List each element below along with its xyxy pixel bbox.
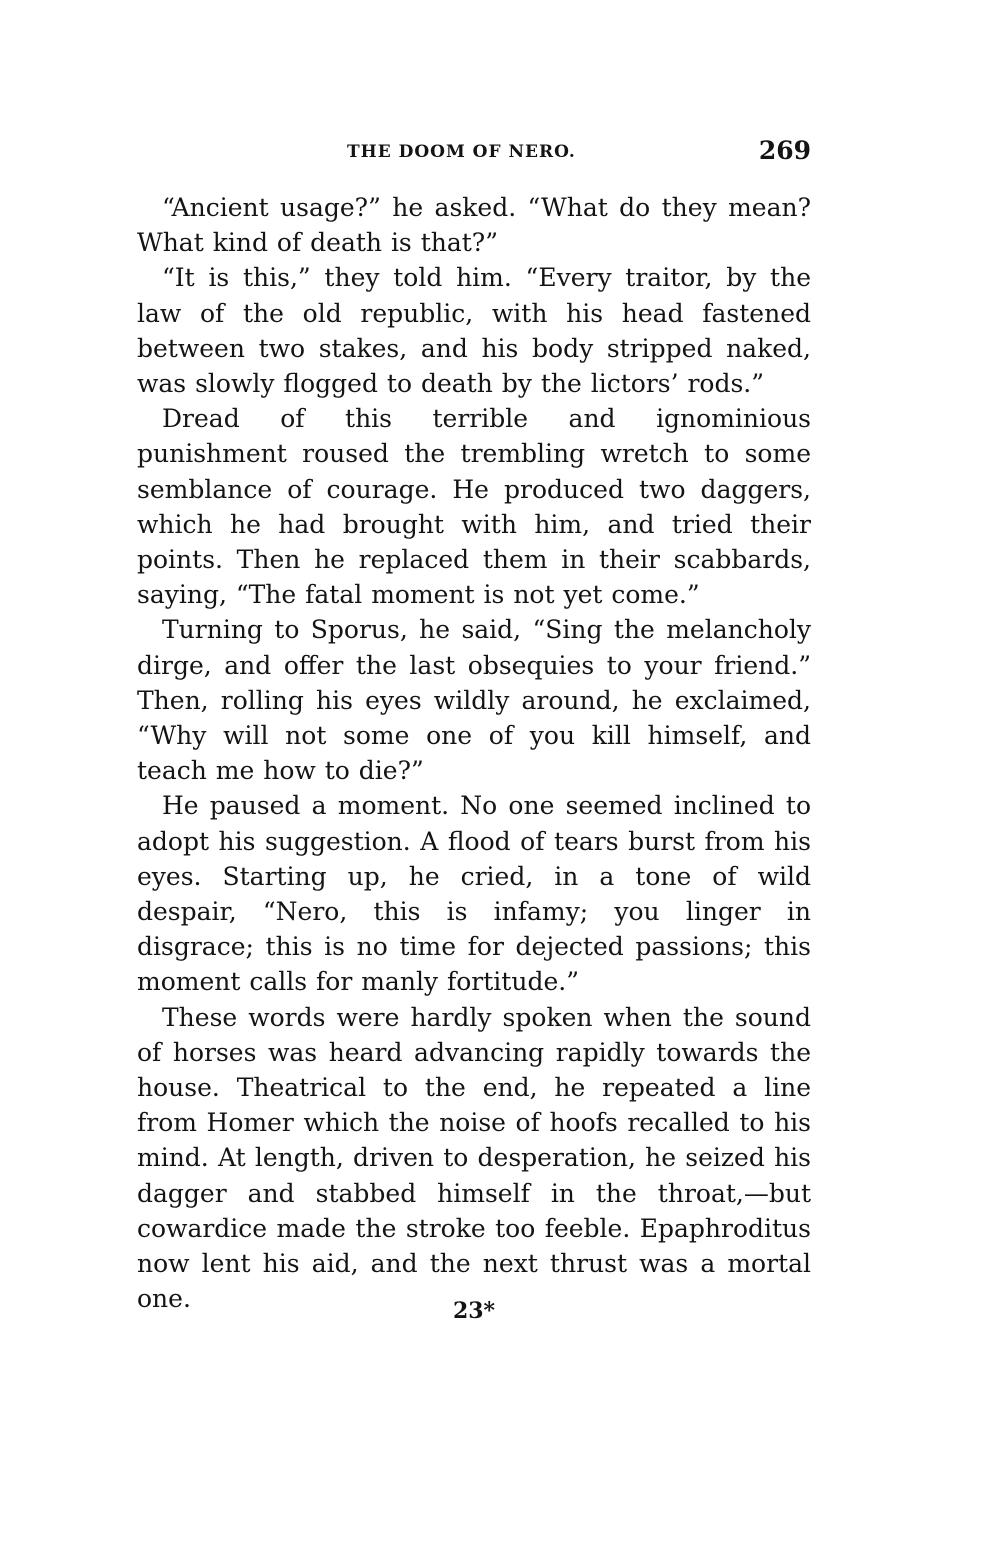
paragraph: Turning to Sporus, he said, “Sing the me… [137,612,811,788]
paragraph: “It is this,” they told him. “Every trai… [137,260,811,401]
paragraph: “Ancient usage?” he asked. “What do they… [137,190,811,260]
body-text: “Ancient usage?” he asked. “What do they… [137,190,811,1317]
paragraph: These words were hardly spoken when the … [137,1000,811,1317]
paragraph: Dread of this terrible and ignominious p… [137,401,811,612]
running-title: THE DOOM OF NERO. [347,142,576,162]
signature-mark: 23* [137,1298,811,1324]
page-header: THE DOOM OF NERO. 269 [137,136,811,166]
page-number: 269 [759,136,811,165]
paragraph: He paused a moment. No one seemed inclin… [137,788,811,999]
